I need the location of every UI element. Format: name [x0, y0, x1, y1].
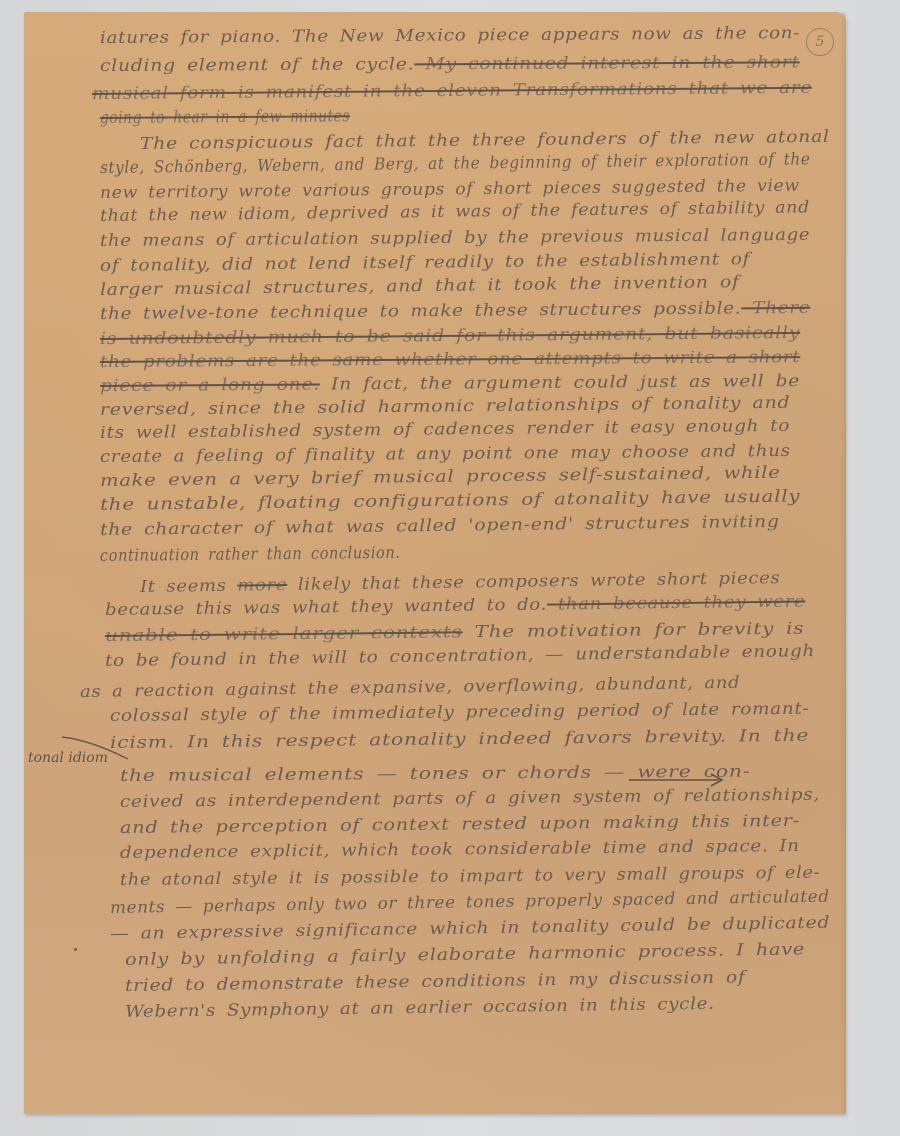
page-number-circled: 5 — [806, 28, 834, 56]
struck-through-text: piece or a long one. — [100, 374, 320, 395]
manuscript-line: going to hear in a few minutes — [100, 106, 350, 127]
line-text: the musical elements — tones or chords —… — [120, 762, 692, 785]
struck-through-text: going to hear in a few minutes — [100, 106, 350, 127]
line-text: In fact, the argument could just as well… — [320, 371, 800, 393]
manuscript-line: continuation rather than conclusion. — [100, 543, 401, 565]
struck-through-text: There — [741, 298, 810, 318]
margin-note: tonal idiom — [28, 750, 108, 766]
line-text: continuation rather than conclusion. — [100, 543, 401, 565]
line-text: The motivation for brevity is — [463, 619, 805, 642]
right-arrow-icon — [627, 772, 727, 788]
ink-speck — [74, 948, 77, 951]
struck-through-text: more — [237, 575, 287, 595]
struck-through-text: My continued interest in the short — [414, 52, 800, 73]
manuscript-line: cluding element of the cycle. My continu… — [100, 52, 800, 75]
line-text: cluding element of the cycle. — [100, 54, 414, 75]
page-edge-shadow — [840, 12, 846, 1114]
struck-through-text: than because they were — [547, 591, 806, 613]
struck-through-text: unable to write larger contexts — [105, 622, 463, 645]
line-text: It seems — [140, 576, 238, 596]
